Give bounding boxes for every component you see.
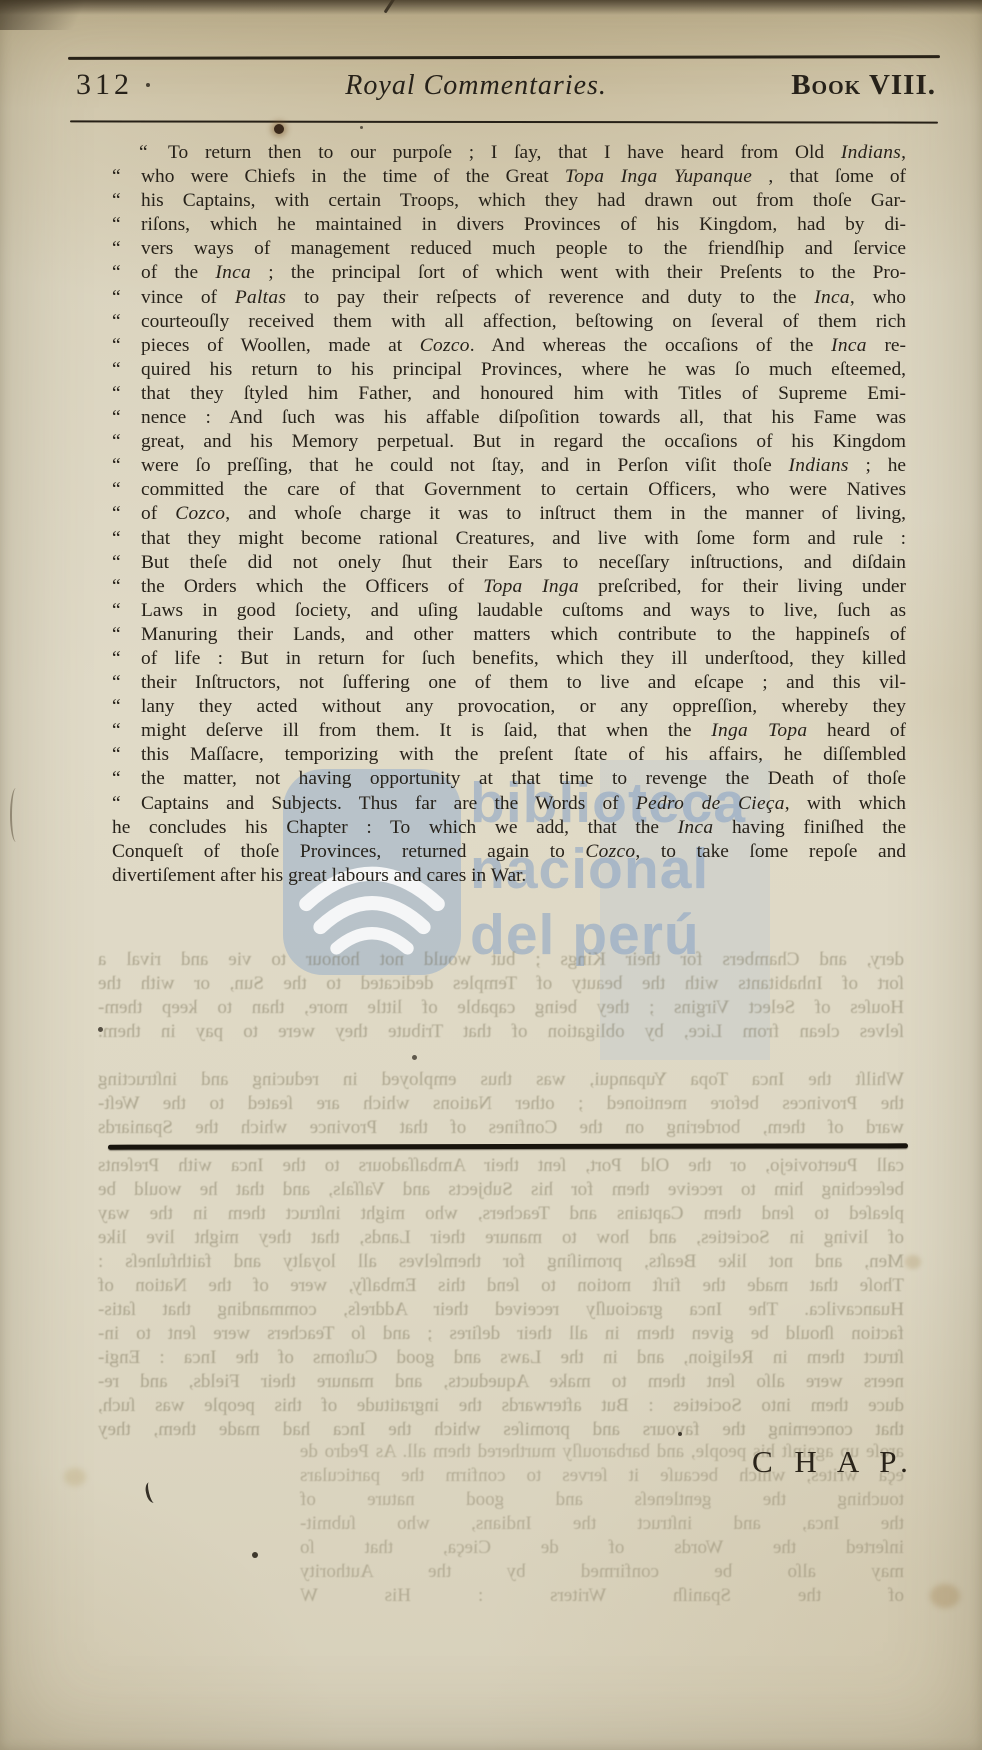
showthrough-below-rule: call Puertoviejo, or the Old Port, ſent … (98, 1154, 904, 1442)
line-text: divertiſement after his great labours an… (112, 864, 906, 888)
margin-paren-mark (10, 788, 22, 842)
paper-stain (930, 1584, 960, 1608)
text-line: “riſons, which he maintained in divers P… (112, 213, 906, 237)
quote-mark: “ (112, 406, 141, 430)
text-line: “that they ſtyled him Father, and honour… (112, 382, 906, 406)
text-line: “his Captains, with certain Troops, whic… (112, 189, 906, 213)
ink-dot (678, 1432, 682, 1436)
text-line: “who were Chiefs in the time of the Grea… (112, 165, 906, 189)
ink-dot (252, 1552, 258, 1558)
quote-mark: “ (112, 358, 141, 382)
ghost-line: inſerted the Words of de Cieça, that ſo (300, 1536, 904, 1560)
text-line: “that they might become rational Creatur… (112, 527, 906, 551)
ink-speck (360, 126, 363, 129)
text-line: “Captains and Subjects. Thus far are the… (112, 792, 906, 816)
quote-mark: “ (112, 551, 141, 575)
header-rule-bottom (70, 120, 938, 123)
text-line: “Laws in good ſociety, and uſing laudabl… (112, 599, 906, 623)
paper-stain (64, 1468, 86, 1486)
ghost-line: Huancavilca. The Inca graciouſly receive… (98, 1298, 904, 1322)
showthrough-above-rule: dery, and Chambers for their Kings ; but… (98, 948, 904, 1140)
quote-mark: “ (112, 478, 141, 502)
paper-stain (905, 1255, 921, 1269)
line-text: nence : And ſuch was his affable diſpoſi… (141, 406, 906, 430)
ghost-line: neers were alſo ſent them to make Aquedu… (98, 1370, 904, 1394)
line-text: of the Inca ; the principal ſort of whic… (141, 261, 906, 285)
ghost-line: of the Spaniſh Writers : His W (300, 1584, 904, 1608)
ghost-line: faction ſhould be given them in all thei… (98, 1322, 904, 1346)
text-line: “lany they acted without any provocation… (112, 695, 906, 719)
text-line: “their Inſtructors, not ſuffering one of… (112, 671, 906, 695)
quote-mark: “ (112, 671, 141, 695)
line-text: quired his return to his principal Provi… (141, 358, 906, 382)
quote-mark: “ (112, 382, 141, 406)
quote-mark: “ (112, 575, 141, 599)
line-text: of Cozco, and whoſe charge it was to inſ… (141, 502, 906, 526)
text-line: “of Cozco, and whoſe charge it was to in… (112, 502, 906, 526)
line-text: that they ſtyled him Father, and honoure… (141, 382, 906, 406)
quote-mark: “ (112, 310, 141, 334)
ink-flourish (144, 1481, 160, 1504)
quote-mark: “ (112, 286, 141, 310)
line-text: Conqueſt of thoſe Provinces, returned ag… (112, 840, 906, 864)
quote-mark: “ (112, 502, 141, 526)
text-line: divertiſement after his great labours an… (112, 864, 906, 888)
text-line: Conqueſt of thoſe Provinces, returned ag… (112, 840, 906, 864)
text-line: he concludes his Chapter : To which we a… (112, 816, 906, 840)
quote-mark: “ (112, 647, 141, 671)
ghost-line: the Inca, and inſtruct the Indians, who … (300, 1512, 904, 1536)
line-text: he concludes his Chapter : To which we a… (112, 816, 906, 840)
line-text: their Inſtructors, not ſuffering one of … (141, 671, 906, 695)
ghost-line: beſeeching him to receive them for his S… (98, 1178, 904, 1202)
line-text: this Maſſacre, temporizing with the preſ… (141, 743, 906, 767)
page-number: 312 (70, 68, 133, 102)
line-text: that they might become rational Creature… (141, 527, 906, 551)
ghost-line: ward of them, bordering on the Confines … (98, 1116, 904, 1140)
header-rule-top (68, 55, 940, 60)
line-text: vers ways of management reduced much peo… (141, 237, 906, 261)
ghost-line: pleaſed to ſend them Captains and Teache… (98, 1202, 904, 1226)
catchword: C H A P. (752, 1444, 915, 1480)
quote-mark: “ (112, 213, 141, 237)
ghost-line: the Provinces before mentioned ; other N… (98, 1092, 904, 1116)
body-text: “To return then to our purpoſe ; I ſay, … (112, 141, 906, 888)
text-line: “nence : And ſuch was his affable diſpoſ… (112, 406, 906, 430)
text-line: “committed the care of that Government t… (112, 478, 906, 502)
line-text: Laws in good ſociety, and uſing laudable… (141, 599, 906, 623)
text-line: “the Orders which the Officers of Topa I… (112, 575, 906, 599)
text-line: “of the Inca ; the principal ſort of whi… (112, 261, 906, 285)
ghost-line: that concerning the favours and promiſes… (98, 1418, 904, 1442)
ghost-line: Thoſe that made the firſt motion to ſend… (98, 1274, 904, 1298)
line-text: of life : But in return for ſuch benefit… (141, 647, 906, 671)
ink-speck (146, 83, 150, 87)
ghost-line: duce them into Societies : But afterward… (98, 1394, 904, 1418)
text-line: “courteouſly received them with all affe… (112, 310, 906, 334)
ghost-line: dery, and Chambers for their Kings ; but… (98, 948, 904, 972)
quote-mark: “ (112, 719, 141, 743)
text-line: “vers ways of management reduced much pe… (112, 237, 906, 261)
text-line: “quired his return to his principal Prov… (112, 358, 906, 382)
quote-mark: “ (112, 792, 141, 816)
line-text: lany they acted without any provocation,… (141, 695, 906, 719)
ghost-line: may alſo be confirmed by the Authority (300, 1560, 904, 1584)
line-text: To return then to our purpoſe ; I ſay, t… (168, 141, 906, 165)
text-line: “were ſo preſſing, that he could not ſta… (112, 454, 906, 478)
quote-mark: “ (139, 141, 168, 165)
line-text: Manuring their Lands, and other matters … (141, 623, 906, 647)
quote-mark: “ (112, 623, 141, 647)
line-text: who were Chiefs in the time of the Great… (141, 165, 906, 189)
line-text: the matter, not having opportunity at th… (141, 767, 906, 791)
running-title: Royal Commentaries. (147, 70, 805, 102)
scanned-book-page: biblioteca nacional del perú dery, and C… (0, 0, 982, 1750)
quote-mark: “ (112, 454, 141, 478)
quote-mark: “ (112, 261, 141, 285)
ghost-line (98, 1044, 904, 1068)
running-header: 312 Royal Commentaries. Book VIII. (70, 68, 936, 116)
text-line: “great, and his Memory perpetual. But in… (112, 430, 906, 454)
ghost-line: ſtruct them in Religion, and in the Laws… (98, 1346, 904, 1370)
showthrough-section-rule (108, 1143, 908, 1149)
quote-mark: “ (112, 767, 141, 791)
quote-mark: “ (112, 695, 141, 719)
book-label: Book VIII. (791, 69, 936, 102)
ghost-line: call Puertoviejo, or the Old Port, ſent … (98, 1154, 904, 1178)
quote-mark: “ (112, 599, 141, 623)
ink-spot (274, 124, 284, 134)
quote-mark: “ (112, 189, 141, 213)
line-text: pieces of Woollen, made at Cozco. And wh… (141, 334, 906, 358)
quote-mark: “ (112, 527, 141, 551)
quote-mark: “ (112, 237, 141, 261)
text-line: “might deſerve ill from them. It is ſaid… (112, 719, 906, 743)
quote-mark: “ (112, 334, 141, 358)
ink-dot (412, 1055, 417, 1060)
ghost-line: ſelves clean from Lice, by obligation of… (98, 1020, 904, 1044)
line-text: were ſo preſſing, that he could not ſtay… (141, 454, 906, 478)
line-text: great, and his Memory perpetual. But in … (141, 430, 906, 454)
quote-mark: “ (112, 743, 141, 767)
line-text: riſons, which he maintained in divers Pr… (141, 213, 906, 237)
page-top-edge-shadow (0, 0, 982, 15)
ghost-line: Houſes of Select Virgins ; they being ca… (98, 996, 904, 1020)
text-line: “of life : But in return for ſuch benefi… (112, 647, 906, 671)
quote-mark: “ (112, 165, 141, 189)
text-line: “To return then to our purpoſe ; I ſay, … (139, 141, 906, 165)
line-text: But theſe did not onely ſhut their Ears … (141, 551, 906, 575)
line-text: his Captains, with certain Troops, which… (141, 189, 906, 213)
ghost-line: touching the gentleneſs and good nature … (300, 1488, 904, 1512)
text-line: “Manuring their Lands, and other matters… (112, 623, 906, 647)
text-line: “But theſe did not onely ſhut their Ears… (112, 551, 906, 575)
line-text: Captains and Subjects. Thus far are the … (141, 792, 906, 816)
text-line: “this Maſſacre, temporizing with the pre… (112, 743, 906, 767)
page-corner-shadow (0, 0, 110, 30)
text-line: “vince of Paltas to pay their reſpects o… (112, 286, 906, 310)
quote-mark: “ (112, 430, 141, 454)
ghost-line: Whilſt the Inca Topa Yupanqui, was thus … (98, 1068, 904, 1092)
line-text: vince of Paltas to pay their reſpects of… (141, 286, 906, 310)
ink-dot (98, 1027, 103, 1032)
line-text: the Orders which the Officers of Topa In… (141, 575, 906, 599)
line-text: courteouſly received them with all affec… (141, 310, 906, 334)
text-line: “pieces of Woollen, made at Cozco. And w… (112, 334, 906, 358)
line-text: might deſerve ill from them. It is ſaid,… (141, 719, 906, 743)
ghost-line: Men, and not like Beaſts, promiſing for … (98, 1250, 904, 1274)
ghost-line: ſort of Inhabitants with the beauty of T… (98, 972, 904, 996)
ghost-line: of living in Societies, and how to manur… (98, 1226, 904, 1250)
text-line: “the matter, not having opportunity at t… (112, 767, 906, 791)
line-text: committed the care of that Government to… (141, 478, 906, 502)
